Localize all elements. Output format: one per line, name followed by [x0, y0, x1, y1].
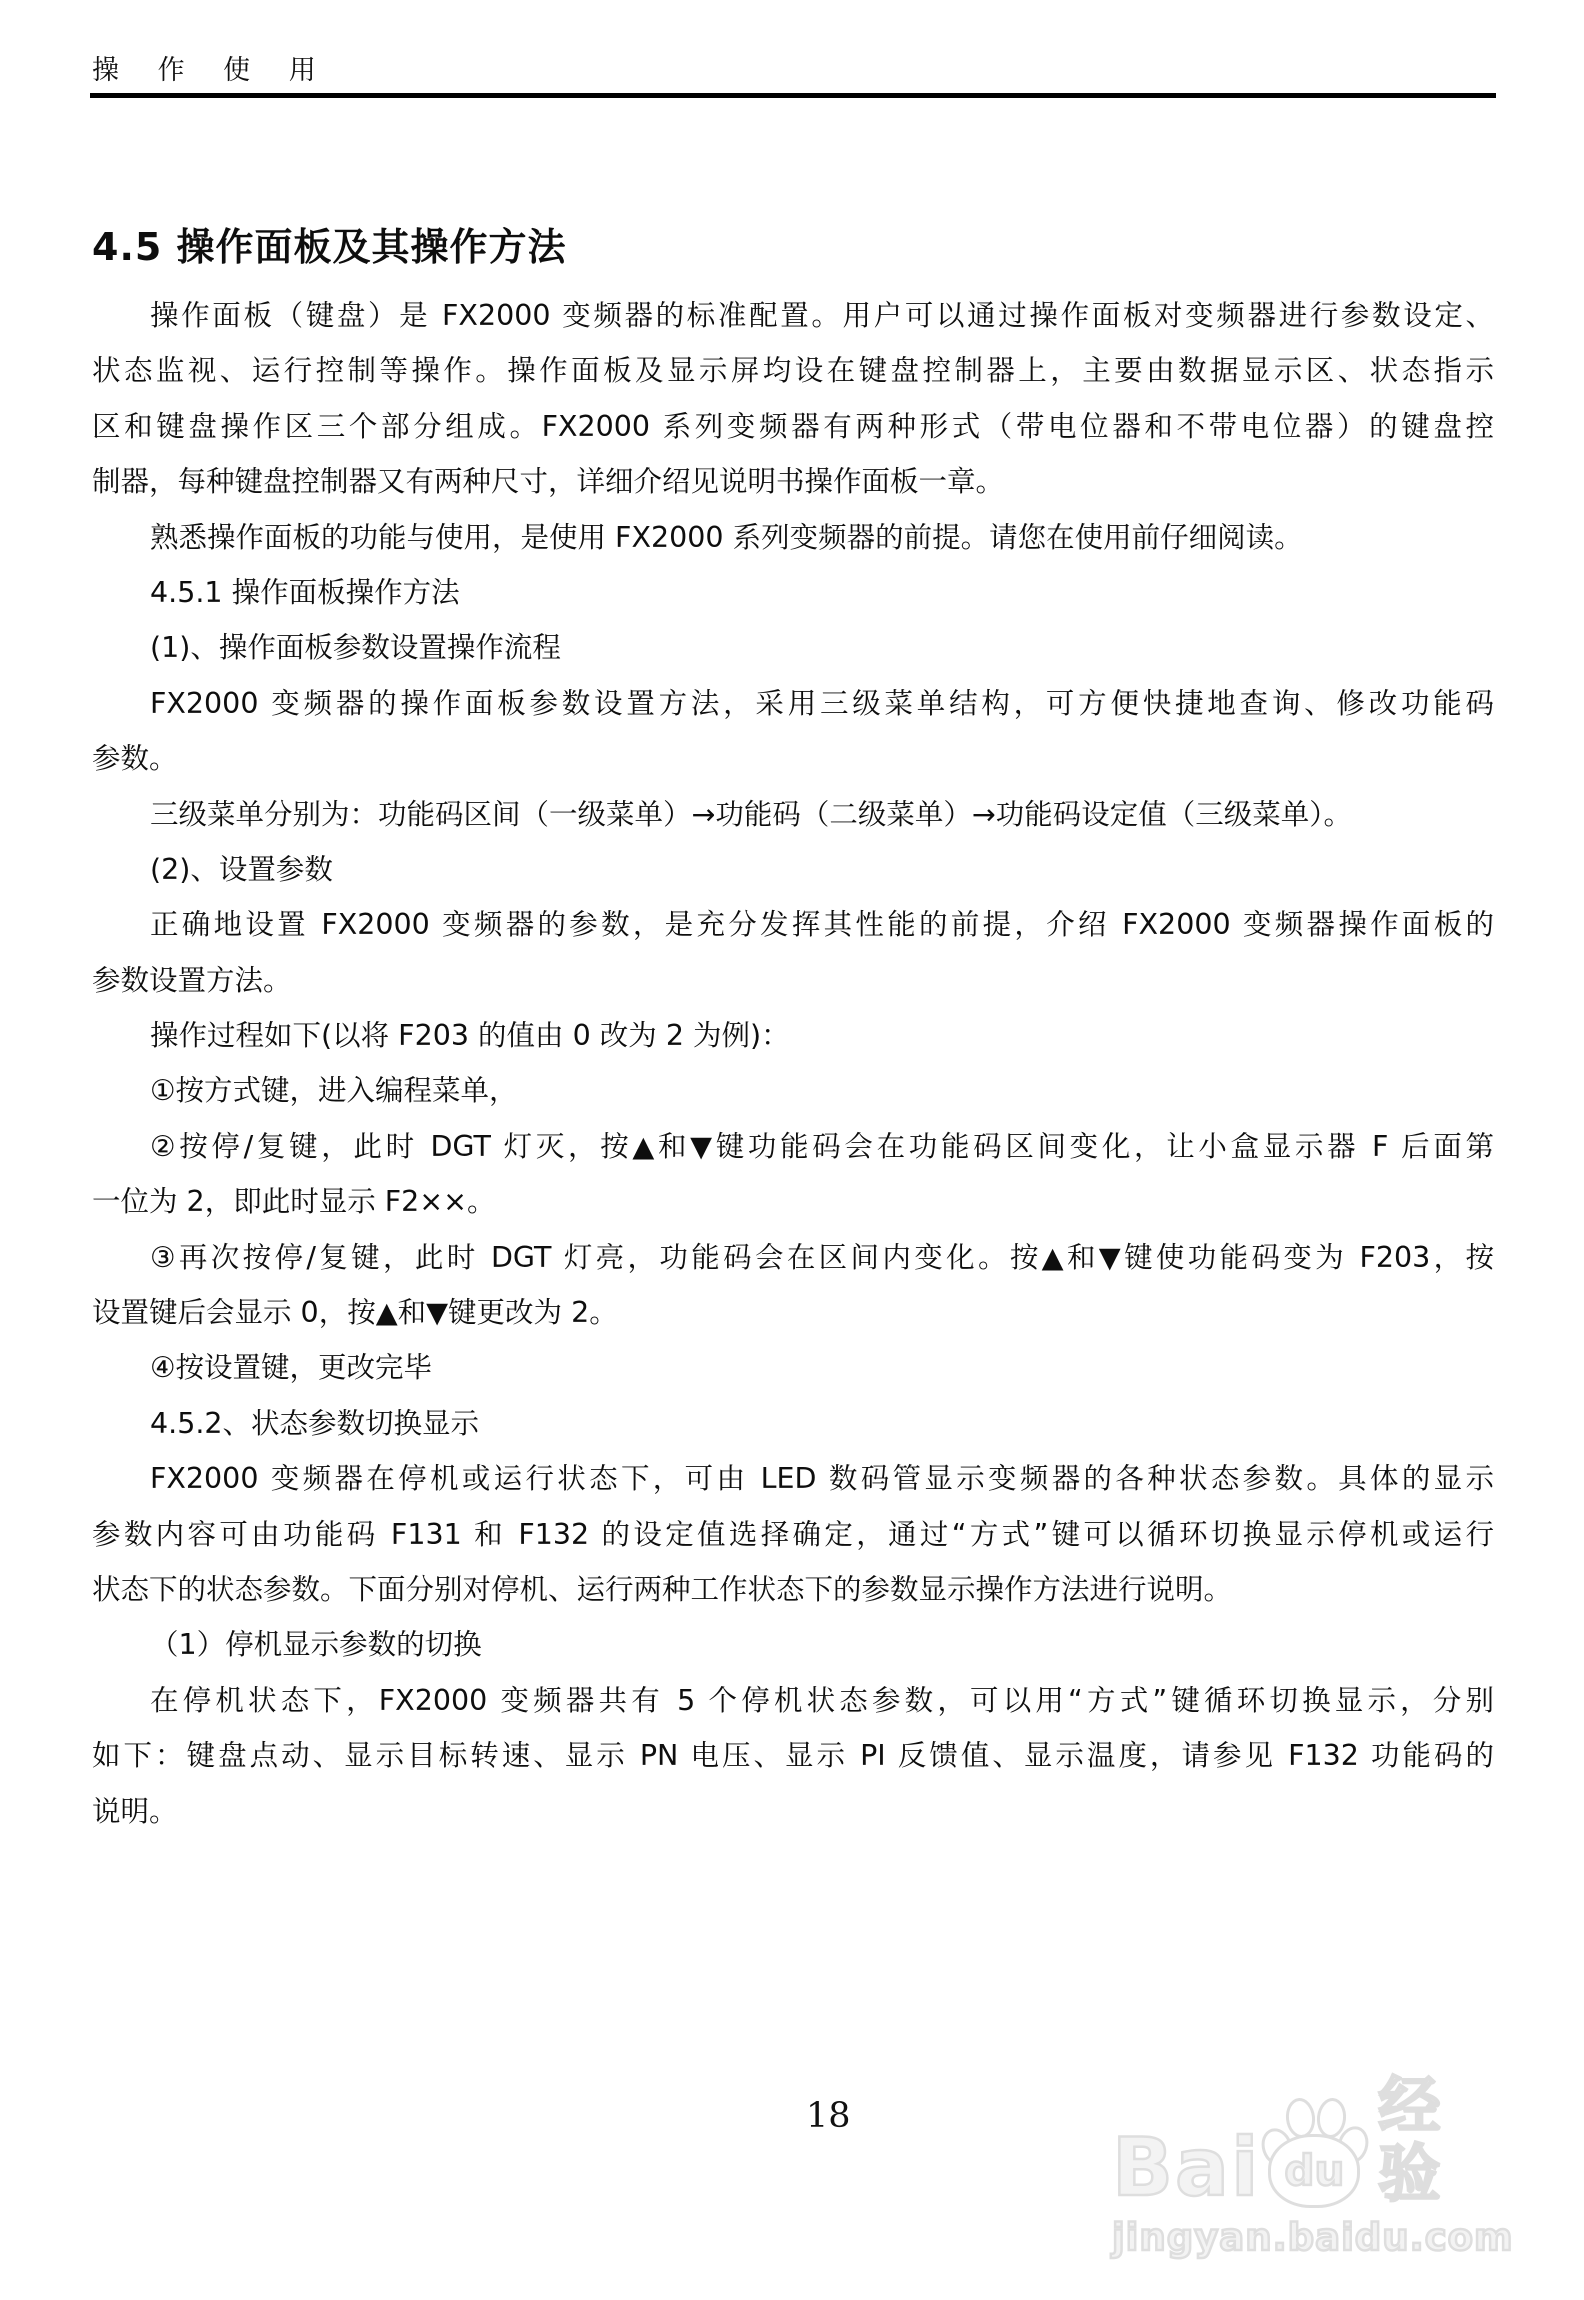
text-line: 状态监视、运行控制等操作。操作面板及显示屏均设在键盘控制器上，主要由数据显示区、… [92, 343, 1494, 398]
section-title: 4.5 操作面板及其操作方法 [92, 216, 567, 271]
text-line: ③再次按停/复键，此时 DGT 灯亮，功能码会在区间内变化。按▲和▼键使功能码变… [92, 1230, 1494, 1285]
text-line: (1)、操作面板参数设置操作流程 [92, 620, 1494, 675]
running-header: 操 作 使 用 [92, 48, 331, 87]
text-line: 设置键后会显示 0，按▲和▼键更改为 2。 [92, 1285, 1494, 1340]
document-page: 操 作 使 用 4.5 操作面板及其操作方法 操作面板（键盘）是 FX2000 … [0, 0, 1584, 2300]
header-divider [90, 93, 1496, 98]
text-line: 制器，每种键盘控制器又有两种尺寸，详细介绍见说明书操作面板一章。 [92, 454, 1494, 509]
text-line: 三级菜单分别为：功能码区间（一级菜单）→功能码（二级菜单）→功能码设定值（三级菜… [92, 787, 1494, 842]
text-line: 4.5.2、状态参数切换显示 [92, 1396, 1494, 1451]
baidu-logo-text-du: du [1284, 2150, 1344, 2192]
text-line: FX2000 变频器在停机或运行状态下，可由 LED 数码管显示变频器的各种状态… [92, 1451, 1494, 1506]
text-line: 参数。 [92, 731, 1494, 786]
body-text: 操作面板（键盘）是 FX2000 变频器的标准配置。用户可以通过操作面板对变频器… [92, 288, 1494, 1839]
page-number: 18 [806, 2096, 851, 2136]
text-line: FX2000 变频器的操作面板参数设置方法，采用三级菜单结构，可方便快捷地查询、… [92, 676, 1494, 731]
text-line: ①按方式键，进入编程菜单， [92, 1063, 1494, 1118]
text-line: 一位为 2，即此时显示 F2××。 [92, 1174, 1494, 1229]
watermark-url: jingyan.baidu.com [1112, 2216, 1492, 2259]
paw-icon: du [1262, 2096, 1366, 2208]
text-line: (2)、设置参数 [92, 842, 1494, 897]
text-line: 4.5.1 操作面板操作方法 [92, 565, 1494, 620]
text-line: ④按设置键，更改完毕 [92, 1340, 1494, 1395]
baidu-logo: Bai du 经验 [1112, 2072, 1492, 2208]
text-line: 区和键盘操作区三个部分组成。FX2000 系列变频器有两种形式（带电位器和不带电… [92, 399, 1494, 454]
text-line: ②按停/复键，此时 DGT 灯灭，按▲和▼键功能码会在功能码区间变化，让小盒显示… [92, 1119, 1494, 1174]
text-line: 操作过程如下(以将 F203 的值由 0 改为 2 为例)： [92, 1008, 1494, 1063]
text-line: 说明。 [92, 1784, 1494, 1839]
text-line: 在停机状态下，FX2000 变频器共有 5 个停机状态参数，可以用“方式”键循环… [92, 1673, 1494, 1728]
text-line: 参数设置方法。 [92, 953, 1494, 1008]
baidu-logo-text-right: 经验 [1378, 2072, 1492, 2208]
paw-toe-icon [1284, 2097, 1317, 2140]
text-line: 状态下的状态参数。下面分别对停机、运行两种工作状态下的参数显示操作方法进行说明。 [92, 1562, 1494, 1617]
text-line: 如下：键盘点动、显示目标转速、显示 PN 电压、显示 PI 反馈值、显示温度，请… [92, 1728, 1494, 1783]
text-line: 正确地设置 FX2000 变频器的参数，是充分发挥其性能的前提，介绍 FX200… [92, 897, 1494, 952]
text-line: 操作面板（键盘）是 FX2000 变频器的标准配置。用户可以通过操作面板对变频器… [92, 288, 1494, 343]
text-line: 参数内容可由功能码 F131 和 F132 的设定值选择确定，通过“方式”键可以… [92, 1507, 1494, 1562]
baidu-watermark: Bai du 经验 jingyan.baidu.com [1112, 2072, 1492, 2259]
text-line: （1）停机显示参数的切换 [92, 1617, 1494, 1672]
baidu-logo-text-left: Bai [1112, 2128, 1260, 2208]
text-line: 熟悉操作面板的功能与使用，是使用 FX2000 系列变频器的前提。请您在使用前仔… [92, 510, 1494, 565]
paw-pad-icon: du [1268, 2134, 1360, 2208]
